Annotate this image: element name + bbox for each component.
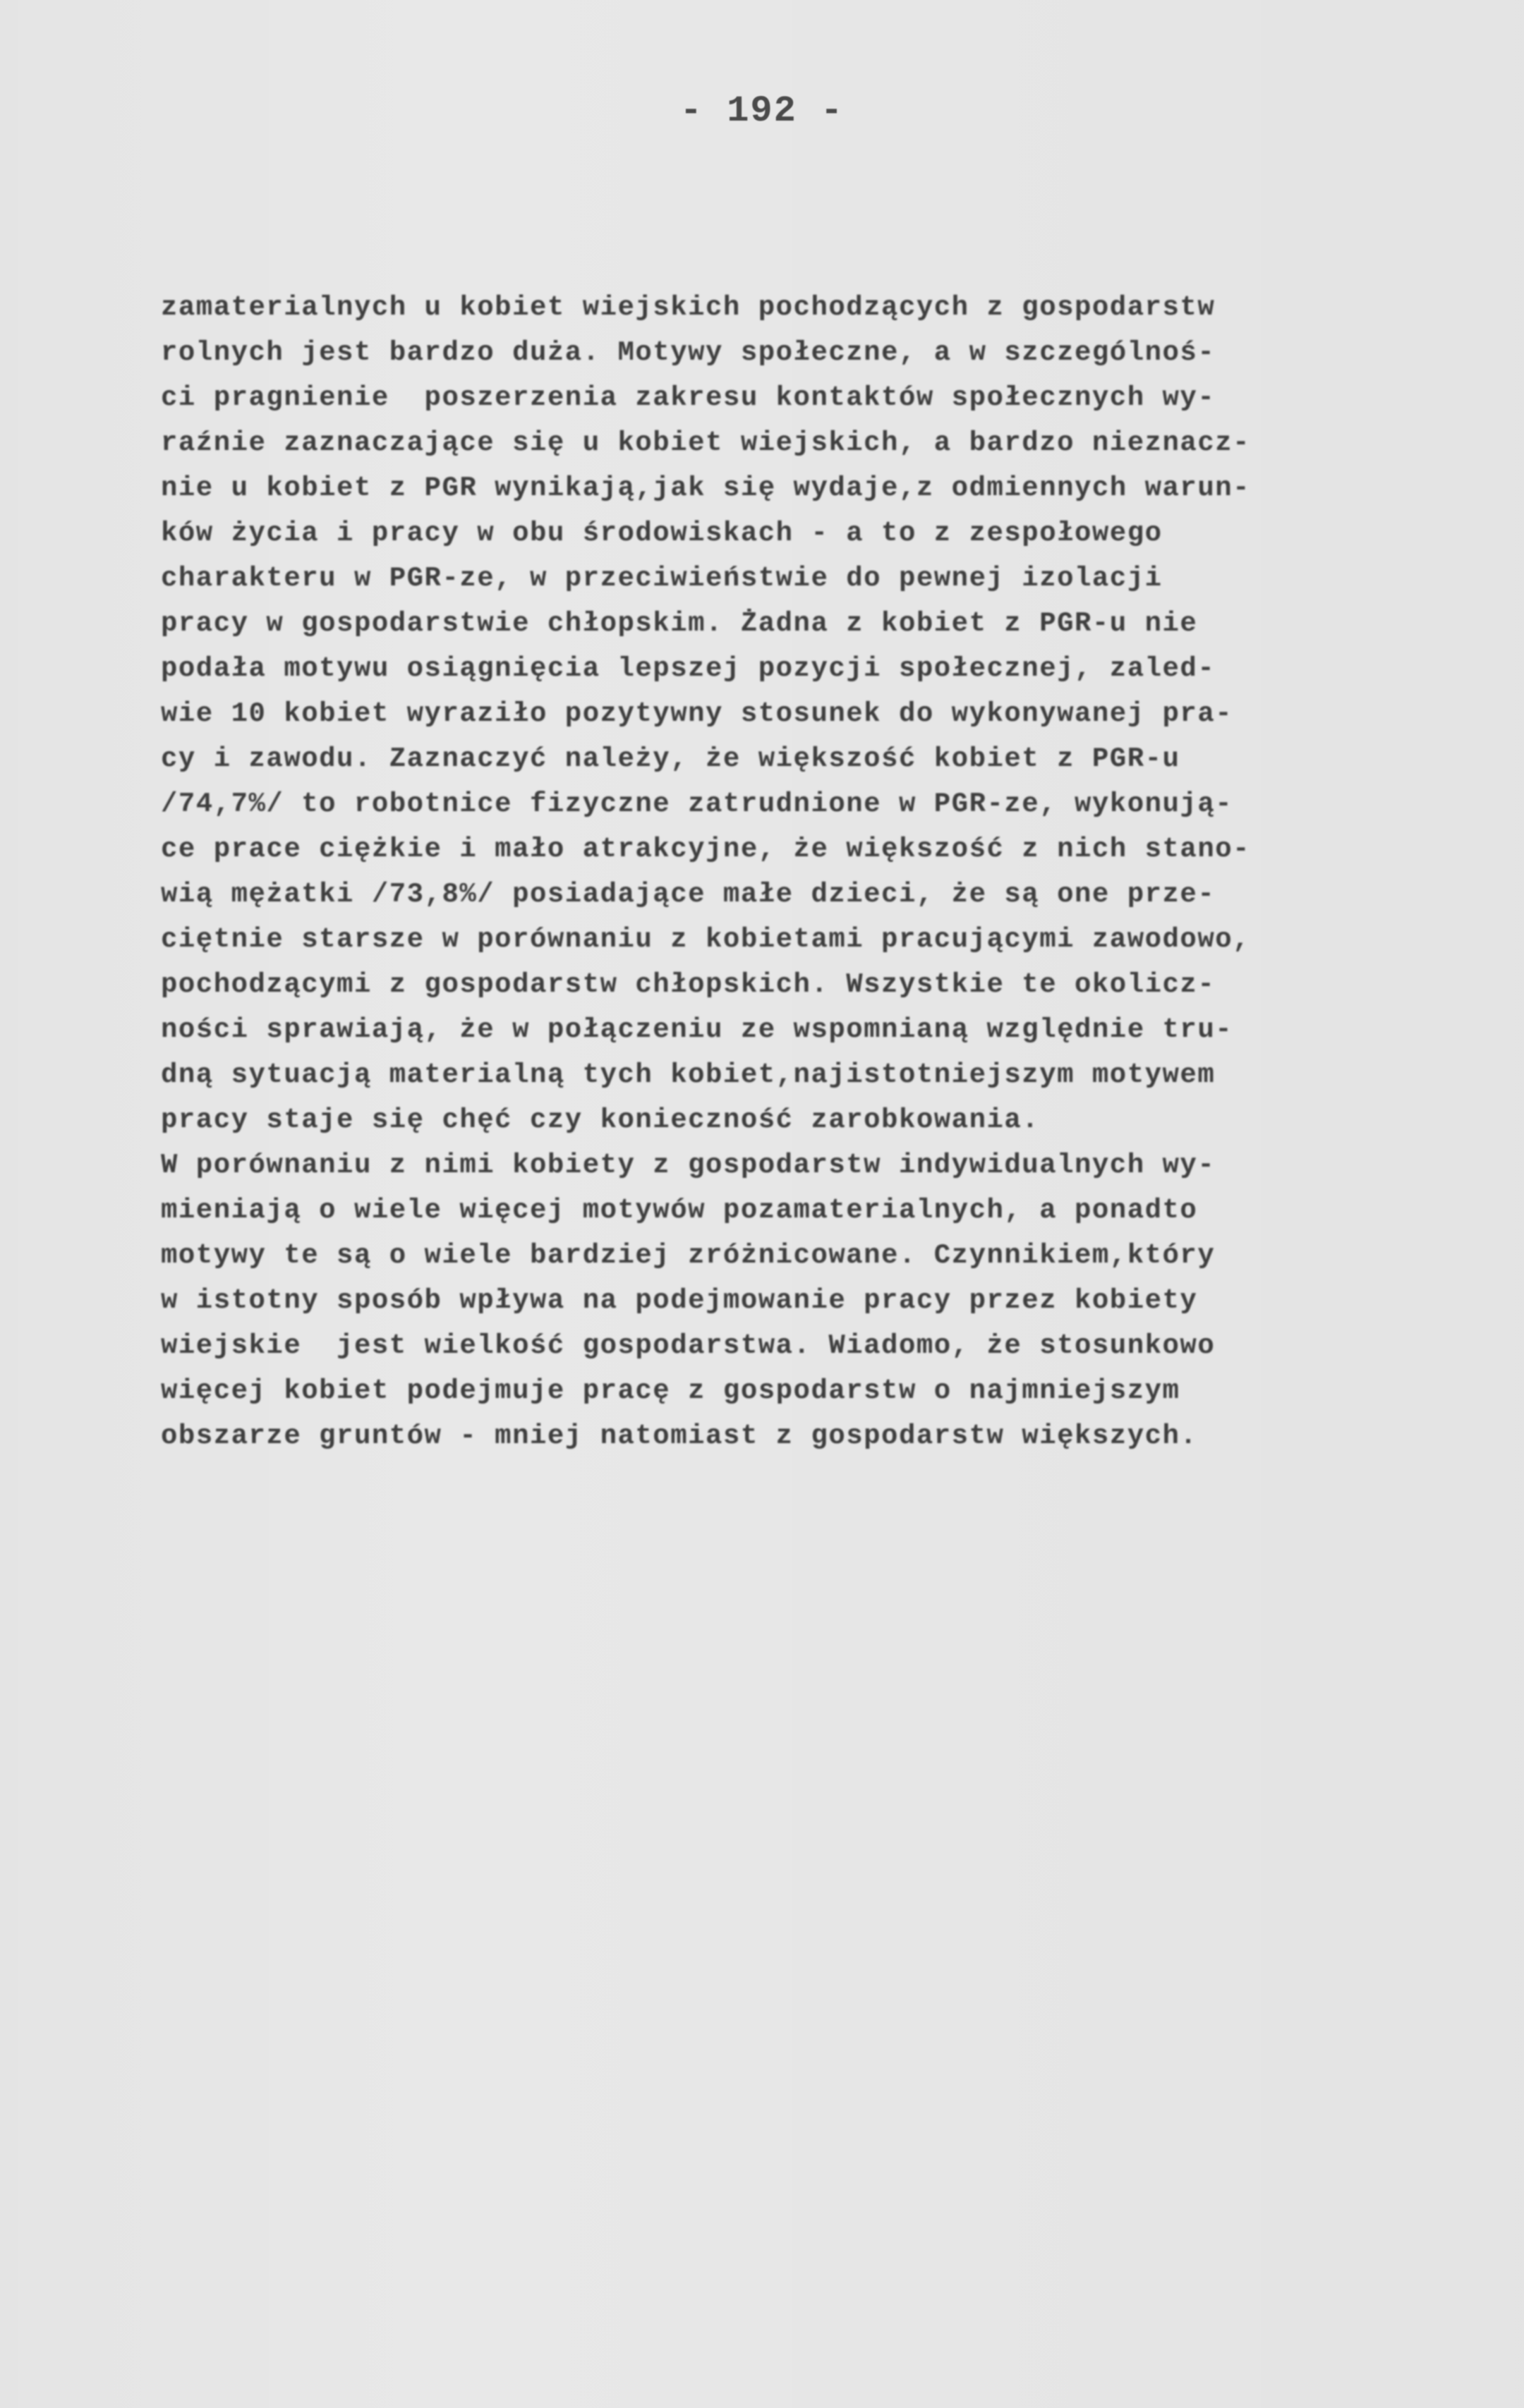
text-line: pracy w gospodarstwie chłopskim. Żadna z… — [161, 601, 1487, 646]
body-text: zamaterialnych u kobiet wiejskich pochod… — [161, 285, 1487, 1459]
text-line: raźnie zaznaczające się u kobiet wiejski… — [161, 420, 1487, 466]
text-line: ków życia i pracy w obu środowiskach - a… — [161, 511, 1487, 556]
text-line: dną sytuacją materialną tych kobiet,naji… — [161, 1052, 1487, 1097]
text-line: mieniają o wiele więcej motywów pozamate… — [161, 1188, 1487, 1233]
text-line: rolnych jest bardzo duża. Motywy społecz… — [161, 330, 1487, 375]
text-line: więcej kobiet podejmuje pracę z gospodar… — [161, 1368, 1487, 1413]
text-line: zamaterialnych u kobiet wiejskich pochod… — [161, 285, 1487, 330]
text-line: w istotny sposób wpływa na podejmowanie … — [161, 1278, 1487, 1323]
text-line: ności sprawiają, że w połączeniu ze wspo… — [161, 1007, 1487, 1052]
text-line: ciętnie starsze w porównaniu z kobietami… — [161, 917, 1487, 962]
text-line: pracy staje się chęć czy konieczność zar… — [161, 1097, 1487, 1143]
text-line: /74,7%/ to robotnice fizyczne zatrudnion… — [161, 782, 1487, 827]
text-line: motywy te są o wiele bardziej zróżnicowa… — [161, 1233, 1487, 1278]
text-line: obszarze gruntów - mniej natomiast z gos… — [161, 1413, 1487, 1459]
text-line: wiejskie jest wielkość gospodarstwa. Wia… — [161, 1323, 1487, 1368]
text-line: W porównaniu z nimi kobiety z gospodarst… — [161, 1143, 1487, 1188]
text-line: wie 10 kobiet wyraziło pozytywny stosune… — [161, 691, 1487, 736]
page-number: - 192 - — [0, 90, 1524, 132]
text-line: pochodzącymi z gospodarstw chłopskich. W… — [161, 962, 1487, 1007]
text-line: ce prace ciężkie i mało atrakcyjne, że w… — [161, 827, 1487, 872]
text-line: charakteru w PGR-ze, w przeciwieństwie d… — [161, 556, 1487, 601]
text-line: ci pragnienie poszerzenia zakresu kontak… — [161, 375, 1487, 420]
text-line: podała motywu osiągnięcia lepszej pozycj… — [161, 646, 1487, 691]
text-line: wią mężatki /73,8%/ posiadające małe dzi… — [161, 872, 1487, 917]
typewritten-page: - 192 - zamaterialnych u kobiet wiejskic… — [0, 0, 1524, 2408]
text-line: nie u kobiet z PGR wynikają,jak się wyda… — [161, 466, 1487, 511]
text-line: cy i zawodu. Zaznaczyć należy, że większ… — [161, 736, 1487, 782]
